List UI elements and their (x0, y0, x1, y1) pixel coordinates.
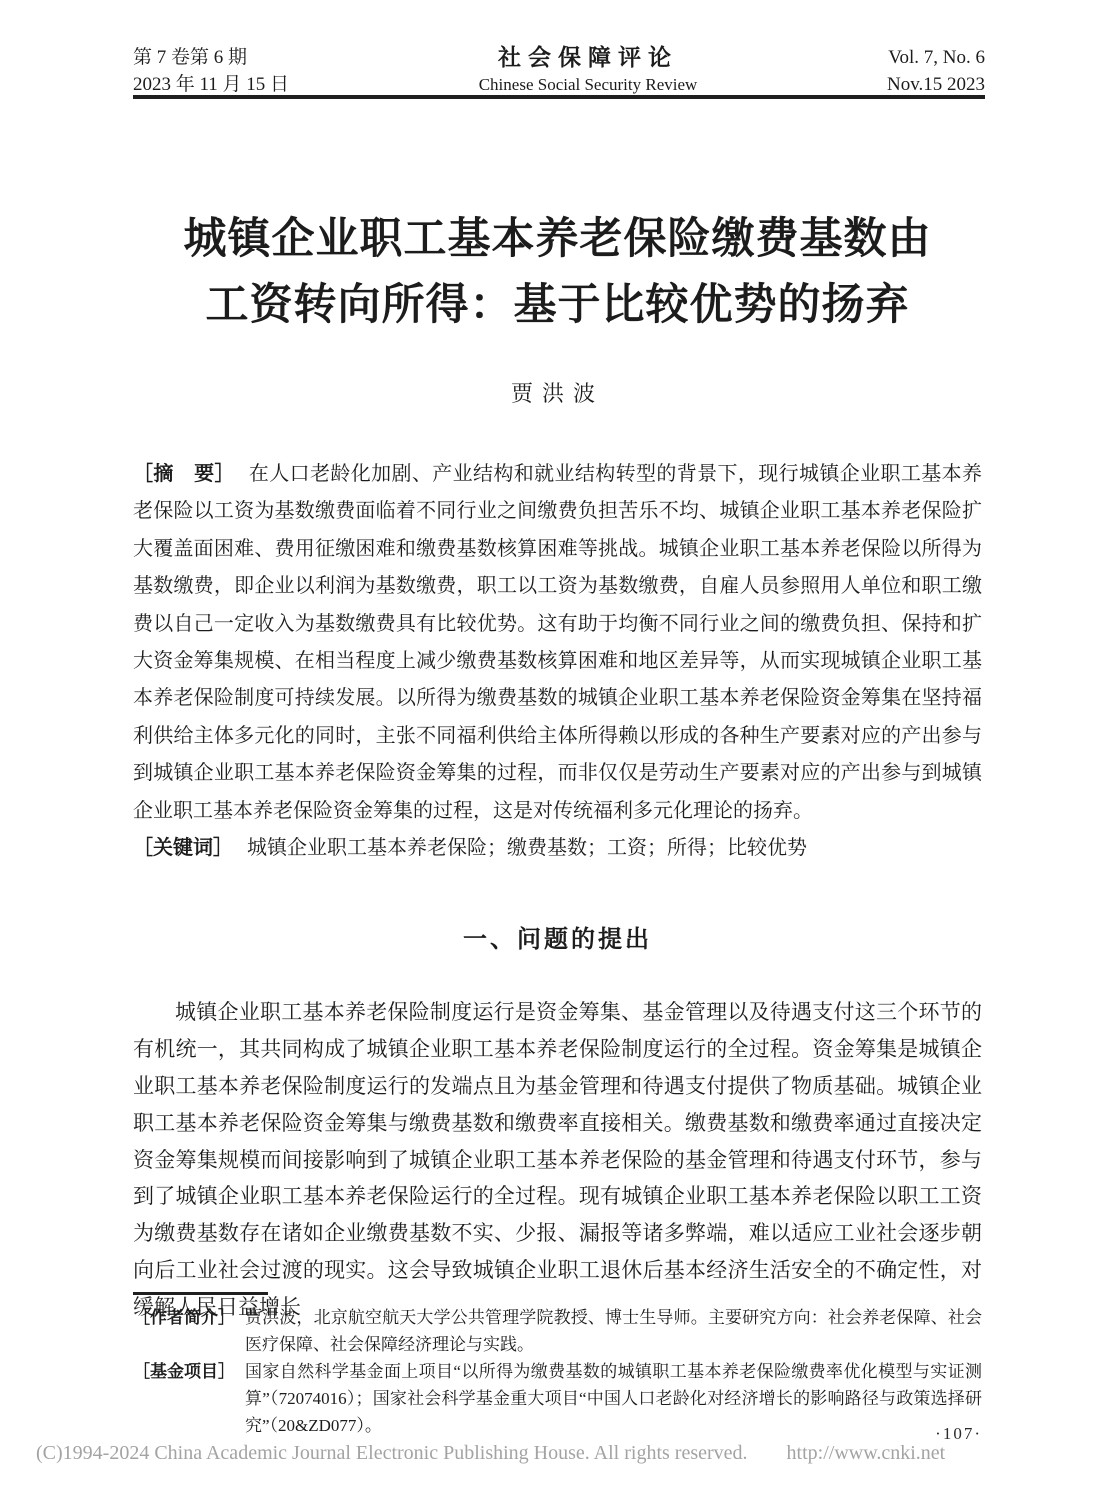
page-number: ·107· (935, 1424, 982, 1444)
copyright-watermark: (C)1994-2024 China Academic Journal Elec… (36, 1442, 945, 1465)
article-content: 城镇企业职工基本养老保险缴费基数由 工资转向所得：基于比较优势的扬弃 贾洪波 ［… (133, 99, 982, 1326)
author-name: 贾洪波 (133, 377, 982, 408)
keywords-text: 城镇企业职工基本养老保险；缴费基数；工资；所得；比较优势 (247, 837, 807, 859)
section-heading-1: 一、问题的提出 (133, 919, 982, 954)
header-left: 第 7 卷第 6 期 2023 年 11 月 15 日 (133, 44, 289, 98)
abstract: ［摘 要］在人口老龄化加剧、产业结构和就业结构转型的背景下，现行城镇企业职工基本… (133, 456, 982, 830)
date-cn: 2023 年 11 月 15 日 (133, 71, 289, 98)
date-en: Nov.15 2023 (887, 71, 985, 98)
author-bio-text: 贾洪波，北京航空航天大学公共管理学院教授、博士生导师。主要研究方向：社会养老保障… (245, 1304, 982, 1358)
header-center: 社会保障评论 Chinese Social Security Review (479, 44, 698, 98)
header-right: Vol. 7, No. 6 Nov.15 2023 (887, 44, 985, 98)
article-title-line1: 城镇企业职工基本养老保险缴费基数由 (133, 207, 982, 273)
abstract-label: ［摘 要］ (133, 463, 235, 485)
keywords-label: ［关键词］ (133, 837, 233, 859)
journal-header: 第 7 卷第 6 期 2023 年 11 月 15 日 社会保障评论 Chine… (133, 44, 985, 98)
journal-title-cn: 社会保障评论 (479, 44, 698, 71)
journal-page: 第 7 卷第 6 期 2023 年 11 月 15 日 社会保障评论 Chine… (0, 0, 1102, 1496)
funding-label: ［基金项目］ (133, 1358, 245, 1439)
abstract-text: 在人口老龄化加剧、产业结构和就业结构转型的背景下，现行城镇企业职工基本养老保险以… (133, 463, 982, 822)
author-bio-note: ［作者简介］ 贾洪波，北京航空航天大学公共管理学院教授、博士生导师。主要研究方向… (133, 1304, 982, 1358)
funding-text: 国家自然科学基金面上项目“以所得为缴费基数的城镇职工基本养老保险缴费率优化模型与… (245, 1358, 982, 1439)
journal-title-en: Chinese Social Security Review (479, 71, 698, 98)
copyright-text: (C)1994-2024 China Academic Journal Elec… (36, 1442, 748, 1464)
footnote-block: ［作者简介］ 贾洪波，北京航空航天大学公共管理学院教授、博士生导师。主要研究方向… (133, 1292, 982, 1439)
cnki-url: http://www.cnki.net (787, 1442, 946, 1464)
volume-issue-en: Vol. 7, No. 6 (887, 44, 985, 71)
author-bio-label: ［作者简介］ (133, 1304, 245, 1358)
funding-note: ［基金项目］ 国家自然科学基金面上项目“以所得为缴费基数的城镇职工基本养老保险缴… (133, 1358, 982, 1439)
article-title: 城镇企业职工基本养老保险缴费基数由 工资转向所得：基于比较优势的扬弃 (133, 207, 982, 339)
body-paragraph-1: 城镇企业职工基本养老保险制度运行是资金筹集、基金管理以及待遇支付这三个环节的有机… (133, 994, 982, 1325)
keywords: ［关键词］城镇企业职工基本养老保险；缴费基数；工资；所得；比较优势 (133, 830, 982, 867)
volume-issue-cn: 第 7 卷第 6 期 (133, 44, 289, 71)
footnote-separator (133, 1292, 268, 1295)
article-title-line2: 工资转向所得：基于比较优势的扬弃 (133, 273, 982, 339)
